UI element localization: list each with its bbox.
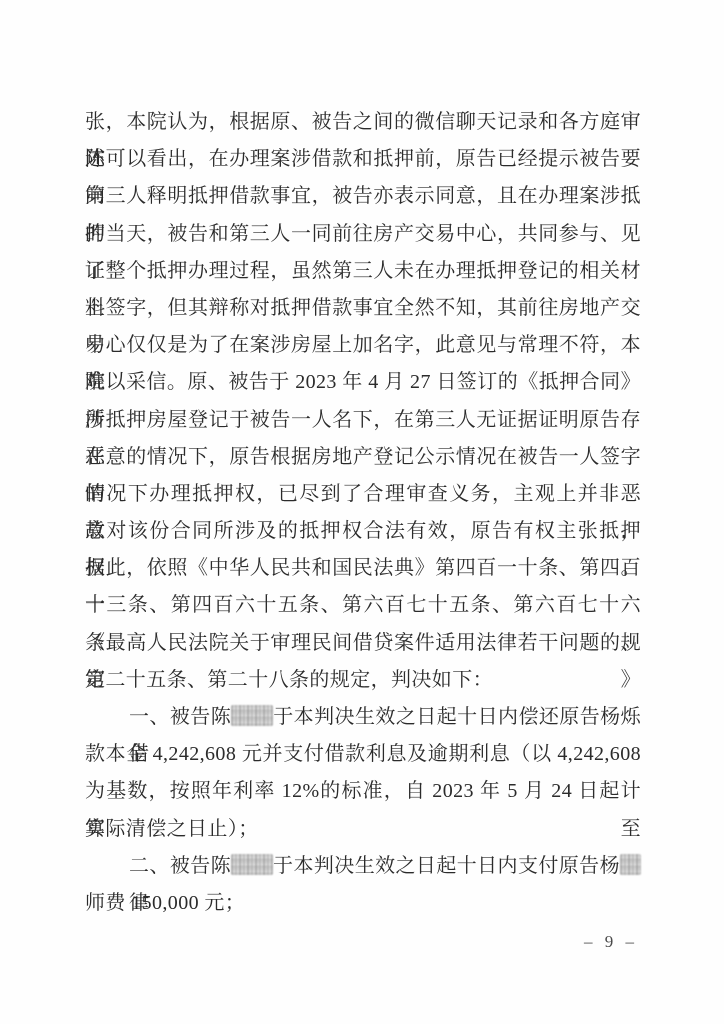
text-line: 为基数，按照年利率 12%的标准，自 2023 年 5 月 24 日起计算至 bbox=[85, 773, 641, 810]
text-line: 故对该份合同所涉及的抵押权合法有效，原告有权主张抵押权。 bbox=[85, 513, 641, 550]
text-run: 一、被告陈 bbox=[129, 706, 231, 728]
redacted-name bbox=[620, 854, 641, 874]
text-run: 第二十五条、第二十八条的规定，判决如下： bbox=[85, 669, 493, 691]
text-line: 了整个抵押办理过程，虽然第三人未在办理抵押登记的相关材料 bbox=[85, 253, 641, 290]
text-line: 上签字，但其辩称对抵押借款事宜全然不知，其前往房地产交易 bbox=[85, 290, 641, 327]
redacted-name bbox=[231, 705, 273, 725]
text-line: 述可以看出，在办理案涉借款和抵押前，原告已经提示被告要向 bbox=[85, 141, 641, 178]
text-line: 的当天，被告和第三人一同前往房产交易中心，共同参与、见证 bbox=[85, 216, 641, 253]
text-line: 难以采信。原、被告于 2023 年 4 月 27 日签订的《抵押合同》所 bbox=[85, 364, 641, 401]
document-body: 张，本院认为，根据原、被告之间的微信聊天记录和各方庭审陈述可以看出，在办理案涉借… bbox=[85, 104, 641, 922]
text-line: 恶意的情况下，原告根据房地产登记公示情况在被告一人签字的 bbox=[85, 439, 641, 476]
text-line: 据此，依照《中华人民共和国民法典》第四百一十条、第四百一 bbox=[85, 550, 641, 587]
text-run: 于本判决生效之日起十日内支付原告杨 bbox=[273, 855, 620, 877]
text-run: 款本金 4,242,608 元并支付借款利息及逾期利息（以 4,242,608 bbox=[85, 743, 641, 765]
text-line: 情况下办理抵押权，已尽到了合理审查义务，主观上并非恶意， bbox=[85, 476, 641, 513]
redacted-name bbox=[231, 854, 273, 874]
text-line: 张，本院认为，根据原、被告之间的微信聊天记录和各方庭审陈 bbox=[85, 104, 641, 141]
text-run: 实际清偿之日止）； bbox=[85, 818, 259, 840]
page-number: – 9 – bbox=[584, 932, 638, 952]
text-line: 十三条、第四百六十五条、第六百七十五条、第六百七十六条、 bbox=[85, 587, 641, 624]
document-page: 张，本院认为，根据原、被告之间的微信聊天记录和各方庭审陈述可以看出，在办理案涉借… bbox=[0, 0, 724, 1024]
text-run: 师费 150,000 元； bbox=[85, 892, 245, 914]
text-line: 师费 150,000 元； bbox=[85, 885, 641, 922]
text-line: 二、被告陈于本判决生效之日起十日内支付原告杨律 bbox=[85, 848, 641, 885]
text-line: 一、被告陈于本判决生效之日起十日内偿还原告杨烁借 bbox=[85, 699, 641, 736]
text-line: 款本金 4,242,608 元并支付借款利息及逾期利息（以 4,242,608 bbox=[85, 736, 641, 773]
text-line: 涉抵押房屋登记于被告一人名下，在第三人无证据证明原告存在 bbox=[85, 402, 641, 439]
text-line: 中心仅仅是为了在案涉房屋上加名字，此意见与常理不符，本院 bbox=[85, 327, 641, 364]
text-line: 第三人释明抵押借款事宜，被告亦表示同意，且在办理案涉抵押 bbox=[85, 178, 641, 215]
text-run: 二、被告陈 bbox=[129, 855, 231, 877]
text-line: 《最高人民法院关于审理民间借贷案件适用法律若干问题的规定》 bbox=[85, 625, 641, 662]
